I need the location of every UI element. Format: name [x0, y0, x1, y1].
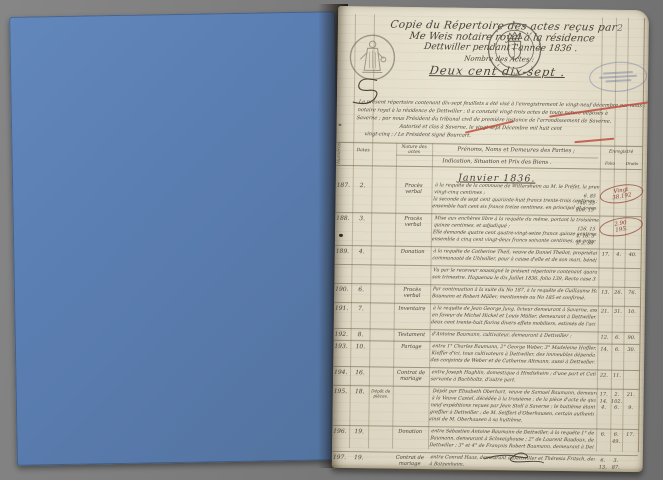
entry-category: Procès verbal	[395, 285, 429, 303]
entry-number: 197.	[333, 452, 348, 470]
description-line: Dettwiller ; 3° et 4° de François Robert…	[429, 442, 594, 451]
entry-fees: 6.3.13.87.	[596, 456, 638, 475]
stamp-text-line	[599, 75, 637, 79]
header-registered: Enregistré	[600, 147, 642, 159]
entry-margin-note	[372, 246, 394, 264]
entry-margin-note	[370, 341, 392, 366]
stamp-text-line	[603, 71, 633, 75]
entry-category: Partage	[394, 342, 428, 367]
fee-line: 17.4.40.	[599, 252, 641, 259]
entry-description: à la requête de Jean George Jung, licteu…	[430, 304, 597, 331]
description-line: des conjoints de Weber et de Catherine A…	[430, 357, 595, 366]
entry-margin-note	[370, 367, 392, 385]
scanned-register-spread: 2 Copie du Répertoire des actes reçus pa…	[0, 0, 663, 480]
table-row: 197.19.Contrat de mariageentre Conrad Ha…	[332, 452, 638, 475]
fee-line: 12.6.90.	[597, 335, 639, 342]
entry-fees: 12.6.90.	[597, 333, 639, 345]
entry-margin-note	[369, 426, 391, 451]
entry-number: 190.	[335, 284, 350, 302]
entry-number: 193.	[334, 341, 349, 366]
entry-day: 7.	[353, 303, 369, 328]
entry-number: 189.	[336, 246, 351, 264]
header-dates: Dates	[354, 148, 372, 153]
entry-day: 18.	[351, 386, 368, 425]
entry-fees	[598, 269, 640, 288]
entry-margin-note	[372, 213, 394, 245]
entry-margin-note	[371, 265, 393, 283]
entry-number: 196.	[333, 426, 348, 451]
register-entries: 187.2.Procès verbalà la requête de la co…	[332, 180, 642, 475]
fee-line: 21.31.10.	[598, 309, 640, 316]
fee-line: 4.6.9.	[597, 405, 639, 412]
revenue-stamp	[485, 20, 544, 79]
fee-line: 14.6.30.	[597, 347, 639, 354]
entry-day: 6.	[353, 284, 369, 302]
description-line: ensemble à cinq cent vingt-deux francs s…	[431, 236, 596, 245]
entry-day: 8.	[352, 329, 368, 340]
fee-line: 49.	[596, 438, 638, 445]
fee-line: 13.26.76.	[598, 290, 640, 297]
entry-day: 19.	[351, 452, 367, 470]
entry-description: à la requête de la commune de Wittershei…	[431, 181, 599, 215]
entry-category	[393, 387, 428, 426]
entry-number: 192.	[334, 329, 349, 340]
entry-number: 188.	[336, 213, 351, 245]
entry-number: 194.	[334, 367, 349, 385]
inline-amounts: 126. 154. 16. 5fl 2. 66	[575, 226, 596, 247]
entry-day: 16.	[352, 367, 368, 385]
header-numbers: Numéros	[337, 143, 351, 165]
entry-description: entre Sébastien Antoine Baumann de Dettw…	[428, 427, 595, 454]
entry-number: 191.	[335, 303, 350, 328]
register-page: 2 Copie du Répertoire des actes reçus pa…	[332, 6, 649, 472]
entry-fees: 13.26.76.	[598, 288, 640, 307]
entry-fees: 22.11.	[597, 371, 639, 390]
description-line: ensemble huit cent six francs treize cen…	[432, 203, 597, 212]
description-line: communauté de Uhlwiller, pour à cause d'…	[432, 255, 597, 264]
entry-number	[335, 265, 350, 283]
fee-line: 22.11.	[597, 373, 639, 380]
entry-description: d'Antoine Baumann, cultivateur, demeuran…	[431, 330, 596, 343]
entry-day: 4.	[354, 246, 370, 264]
entry-description: entre Conrad Haas, demeurant à Dettwille…	[429, 453, 595, 473]
entry-category: Contrat de mariage	[393, 453, 427, 471]
description-line: son trimestre. Haguenau le dix Juillet 1…	[432, 274, 597, 283]
description-line: deux cent trente-huit florins divers eff…	[431, 319, 596, 328]
header-nature: Nature des actes	[397, 145, 431, 155]
header-folio: Folio	[600, 158, 620, 169]
entry-day: 19.	[351, 426, 367, 451]
entry-day	[353, 265, 369, 283]
entry-category: Procès verbal	[396, 214, 430, 246]
table-row: 188.3.Procès verbalMise aux enchères lib…	[335, 213, 641, 250]
entry-fees: 6.6.17.49.	[596, 430, 638, 456]
ink-blot	[338, 124, 341, 126]
entry-description: Mise aux enchères libre à la requête du …	[431, 214, 599, 248]
entry-fees: 14.6.30.	[597, 345, 639, 371]
entry-fees: 17.4.40.	[599, 250, 641, 269]
entry-description: entre 1° Charles Baumann, 2° George Webe…	[430, 342, 597, 369]
header-droits: Droits	[622, 158, 642, 169]
description-line: Baumann et Robert Müller, mentionnés au …	[431, 293, 596, 302]
entry-description: Dépôt par Elisabeth Oberhart, veuve de S…	[428, 387, 597, 428]
entry-margin-note	[369, 452, 391, 470]
entry-category: Testament	[394, 330, 428, 341]
entry-number: 187.	[336, 180, 351, 212]
entry-margin-note	[371, 284, 393, 302]
description-line: d'Antoine Baumann, cultivateur, demeuran…	[431, 331, 596, 340]
stamp-text-line	[605, 79, 631, 82]
entry-category: Contrat de mariage	[394, 368, 428, 386]
fee-line: 13.87.	[596, 464, 638, 471]
inline-amounts: 6. 85748. 33806. 13	[575, 193, 596, 214]
entry-day: 2.	[354, 180, 370, 212]
table-row: 187.2.Procès verbalà la requête de la co…	[335, 180, 641, 217]
entry-day: 3.	[354, 213, 370, 245]
table-row: 195.18.Dépôt de pièces.Dépôt par Elisabe…	[332, 386, 639, 430]
entry-fees: 21.31.10.	[598, 307, 640, 333]
entry-margin-note: Dépôt de pièces.	[369, 386, 392, 425]
entry-margin-note	[372, 180, 394, 212]
entry-category: Inventaire	[395, 304, 429, 329]
entry-category: Donation	[393, 427, 427, 452]
entry-number: 195.	[333, 386, 349, 425]
entry-description: Par continuation à la suite du No 187, à…	[431, 285, 597, 305]
entry-margin-note	[370, 329, 392, 340]
certification-note: Le présent répertoire contenant dix-sept…	[354, 98, 645, 142]
entry-description: Vu par le receveur soussigné le présent …	[431, 266, 597, 286]
entry-category: Procès verbal	[396, 181, 430, 213]
left-cover-page	[9, 11, 343, 466]
entry-description: à la requête de Catherine Theil, veuve d…	[431, 247, 597, 267]
entry-category	[395, 266, 429, 284]
entry-day: 10.	[352, 341, 368, 366]
entry-category: Donation	[396, 247, 430, 265]
entry-description: entre Joseph Hughlin, domestique à Hindi…	[430, 368, 596, 388]
entry-margin-note	[371, 303, 393, 328]
entry-fees: 17.2.21.14.102.4.6.9.	[596, 390, 639, 430]
